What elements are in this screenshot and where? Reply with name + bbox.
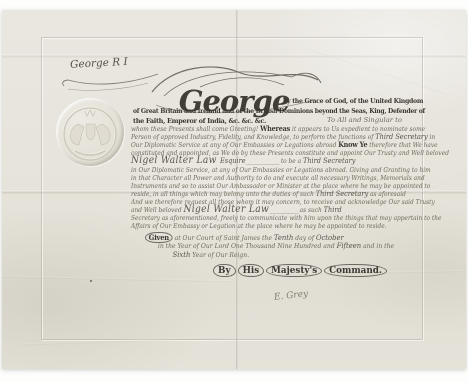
text-segment: Third Secretary (303, 156, 355, 165)
text-segment: in (428, 133, 436, 141)
document-line: Our Diplomatic Service at any of Our Emb… (131, 141, 449, 149)
text-segment: to be a (279, 157, 303, 165)
by-command-line: ByHisMajesty'sCommand. (150, 264, 450, 277)
document-line: Nigel Walter Law Esquire______________ t… (131, 157, 449, 165)
document-line: Person of approved Industry, Fidelity, a… (131, 133, 449, 141)
text-segment: Third (324, 205, 342, 214)
text-segment: at Our Court of Saint James the (173, 234, 274, 242)
text-segment: Tenth (274, 233, 293, 242)
dated-clause: Given at Our Court of Saint James the Te… (145, 234, 394, 259)
document-line: reside, in all things which may belong u… (131, 190, 449, 198)
horizontal-fold-crease (2, 54, 466, 58)
text-segment: and Well beloved (131, 206, 183, 214)
text-segment: therefore that We have (367, 141, 437, 149)
command-word: Command. (324, 264, 387, 277)
document-line: Secretary as aforementioned, freely to c… (131, 214, 449, 222)
royal-titles-line-3: the Faith, Emperor of India, &c. &c. &c. (133, 117, 266, 125)
warrant-body-text: whom these Presents shall come Greeting!… (131, 125, 449, 230)
text-segment: Third Secretary (316, 189, 368, 198)
text-segment: as aforesaid (368, 190, 406, 198)
text-segment: Instruments and so to assist Our Ambassa… (131, 182, 430, 190)
ink-speck (90, 280, 92, 282)
text-segment: Sixth (173, 250, 191, 259)
text-segment: ____________ (269, 206, 298, 214)
text-segment: reside, in all things which may belong u… (131, 190, 316, 198)
document-line: Affairs of Our Embassy or Legation at th… (131, 222, 449, 230)
text-segment: Our Diplomatic Service at any of Our Emb… (131, 141, 338, 149)
document-line: in that Character all Power and Authorit… (131, 174, 449, 182)
embossed-royal-coat-of-arms-seal (56, 98, 124, 166)
text-segment: in Our Diplomatic Service, at any of Our… (131, 166, 431, 174)
salutation-text: To All and Singular to (302, 116, 402, 124)
command-word: Majesty's (266, 264, 322, 277)
text-segment: Secretary as aforementioned, freely to c… (131, 214, 441, 222)
document-line: And we therefore request all those whom … (131, 198, 449, 206)
royal-titles-line-1: by the Grace of God, of the United Kingd… (283, 97, 423, 105)
text-segment: Affairs of Our Embassy or Legation at th… (131, 222, 387, 230)
text-segment: Year of Our Reign. (190, 251, 249, 259)
text-segment: Whereas (260, 124, 290, 133)
text-segment: as such (298, 206, 324, 214)
document-line: in Our Diplomatic Service, at any of Our… (131, 166, 449, 174)
text-segment: and in the (361, 242, 394, 250)
document-line: Instruments and so to assist Our Ambassa… (131, 182, 449, 190)
text-segment: And we therefore request all those whom … (131, 198, 435, 206)
command-word: By (213, 264, 236, 277)
document-paper: George R I (2, 10, 466, 369)
text-segment: ______________ (246, 157, 279, 165)
document-line: Sixth Year of Our Reign. (145, 251, 394, 259)
text-segment: Third Secretary (375, 132, 427, 141)
text-segment: Know Ye (338, 140, 367, 149)
photo-background: George R I (0, 0, 468, 382)
royal-titles-line-2: of Great Britain and Ireland and of the … (133, 107, 425, 115)
text-segment: Fifteen (337, 241, 362, 250)
command-word: His (238, 264, 265, 277)
text-segment: whom these Presents shall come Greeting! (131, 125, 260, 133)
document-line: and Well beloved Nigel Walter Law_______… (131, 206, 449, 214)
text-segment: Esquire (220, 156, 246, 165)
text-segment: day of (293, 234, 316, 242)
text-segment: in that Character all Power and Authorit… (131, 174, 425, 182)
